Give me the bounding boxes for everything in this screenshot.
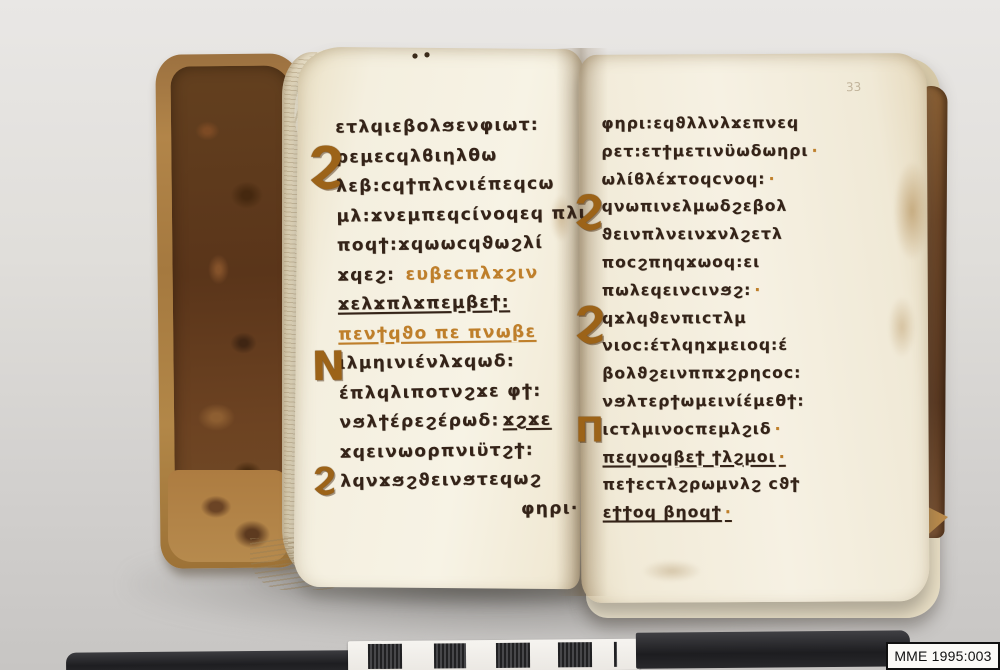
manuscript-line-text: μλ:ϫνεμπεϥϲίνοϥεϥ πλι <box>336 203 586 226</box>
manuscript-line: φηρι:εϥϑλλνλϫεπνεϥ <box>601 110 857 139</box>
manuscript-line-text: ϑεινπλνεινϫνλϩετλ <box>602 225 783 244</box>
manuscript-line: Νιλμηινιένλϫϥωδ: <box>338 346 576 379</box>
manuscript-line-text: ϫϥεινωορπνιϋτϩϯ: <box>340 439 534 462</box>
page-number: 33 <box>846 80 862 95</box>
scale-tick <box>368 644 402 669</box>
manuscript-line: ϫϥεινωορπνιϋτϩϯ: <box>340 435 578 468</box>
manuscript-line: νιοϲ:έτλϥηϫμειοϥ:έ <box>602 332 858 361</box>
manuscript-line: Ϩλϥνϫϧϩϑεινϧτεϥωϩ <box>340 464 578 497</box>
scale-tick <box>496 643 530 668</box>
manuscript-line-text: ρετ:ετϯμετινϋωδωηρι <box>601 142 808 161</box>
manuscript-line-tail: · <box>779 447 786 465</box>
manuscript-line-text: πεϥνοϥβεϯ ϯλϩμοι <box>602 447 775 466</box>
manuscript-line-text: ρεμεϲϥλϐιηλθω <box>336 145 498 167</box>
manuscript-line: βολϑϩεινππϫϩρηϲοϲ: <box>602 360 858 389</box>
parchment-stain <box>642 560 702 582</box>
manuscript-line: πωλεϥεινϲινϧϩ:· <box>602 276 858 305</box>
manuscript-line: ετλϥιεβολϧενφιωτ: <box>335 110 573 143</box>
leather-surface <box>170 65 296 528</box>
manuscript-line: φηρι· <box>340 494 578 527</box>
manuscript-line-tail: · <box>754 281 761 299</box>
manuscript-line-text: ιϲτλμινοϲπεμλϩιδ <box>602 420 771 439</box>
manuscript-line: έπλϥλιποτνϩϫε φϯ: <box>339 376 577 409</box>
manuscript-line-text: εϯϯοϥ βηοϥϯ <box>603 503 722 521</box>
manuscript-line-text: φηρι:εϥϑλλνλϫεπνεϥ <box>601 114 799 133</box>
manuscript-line-text: ποϥϯ:ϫϥωωϲϥϑωϩλί <box>337 233 544 256</box>
manuscript-line-text: πωλεϥεινϲινϧϩ: <box>602 281 752 300</box>
manuscript-line-text: λϥνϫϧϩϑεινϧτεϥωϩ <box>340 469 542 492</box>
illuminated-initial: Ϩ <box>575 191 604 229</box>
scale-tick <box>434 643 466 668</box>
manuscript-line: ωλίϐλέϫτοϥϲνοϥ:· <box>601 165 857 194</box>
manuscript-line-tail: ϫϩϫε <box>503 410 552 431</box>
scale-bar <box>66 630 912 670</box>
scale-tick <box>614 642 617 667</box>
manuscript-line-text: πενϯϥϑο πε πνωβε <box>338 321 536 344</box>
manuscript-line: νϧλτερϯωμεινίέμεθϯ: <box>602 388 858 417</box>
photograph-scene: 33 ετλϥιεβολϧενφιωτ:Ϩρεμεϲϥλϐιηλθωλεβ:ϲϥ… <box>0 0 1000 670</box>
manuscript-line: ϫελϫπλϫπεμβεϯ: <box>338 287 576 320</box>
manuscript-line: Ϩϥϫλϥϑενπιϲτλμ <box>602 304 858 333</box>
manuscript-line-tail: · <box>812 141 819 159</box>
manuscript-line: ρετ:ετϯμετινϋωδωηρι· <box>601 137 857 166</box>
parchment-stain <box>894 162 930 260</box>
manuscript-line-text: έπλϥλιποτνϩϫε φϯ: <box>339 380 542 403</box>
manuscript-line: λεβ:ϲϥϯπλϲνιέπεϥϲω <box>336 169 574 202</box>
manuscript-line-text: φηρι· <box>521 498 579 519</box>
manuscript-line-text: ϥϫλϥϑενπιϲτλμ <box>602 309 747 328</box>
scale-segment-black-right <box>636 630 910 668</box>
illuminated-initial: Ϩ <box>575 302 606 342</box>
scale-segment-black-left <box>66 650 350 670</box>
scale-checker <box>348 639 640 670</box>
manuscript-line-text: ϫϥεϩ: <box>337 264 402 285</box>
manuscript-text-right: φηρι:εϥϑλλνλϫεπνεϥρετ:ετϯμετινϋωδωηρι·ωλ… <box>601 110 858 528</box>
museum-label-text: MME 1995:003 <box>894 648 991 664</box>
manuscript-line-text: νιοϲ:έτλϥηϫμειοϥ:έ <box>602 336 788 355</box>
manuscript-line: νϧλϯέρεϩέρωδ:ϫϩϫε <box>339 405 577 438</box>
manuscript-line: ϫϥεϩ: ευβεϲπλϫϩιν <box>337 258 575 291</box>
manuscript-line: Πιϲτλμινοϲπεμλϩιδ· <box>602 415 858 444</box>
manuscript-line: ϑεινπλνεινϫνλϩετλ <box>602 221 858 250</box>
manuscript-line: πεϯεϲτλϩρωμνλϩ ϲϑϯ <box>603 471 859 500</box>
manuscript-line-tail: · <box>725 503 732 521</box>
manuscript-line-text: ιλμηινιένλϫϥωδ: <box>338 351 515 373</box>
manuscript-line-text: ετλϥιεβολϧενφιωτ: <box>335 115 539 138</box>
manuscript-line: ποϲϩπηϥϫωοϥ:ει <box>602 249 858 278</box>
manuscript-line: πεϥνοϥβεϯ ϯλϩμοι· <box>602 443 858 472</box>
manuscript-line-tail: ευβεϲπλϫϩιν <box>405 262 538 284</box>
manuscript-line: πενϯϥϑο πε πνωβε <box>338 317 576 350</box>
manuscript-line-tail: · <box>769 169 776 187</box>
museum-label: MME 1995:003 <box>886 642 1000 670</box>
ink-spots <box>406 50 436 62</box>
manuscript-line-text: ϫελϫπλϫπεμβεϯ: <box>338 292 510 314</box>
parchment-stain <box>888 296 916 358</box>
manuscript-line-text: ποϲϩπηϥϫωοϥ:ει <box>602 253 761 272</box>
manuscript-line-text: ωλίϐλέϫτοϥϲνοϥ: <box>601 169 765 188</box>
manuscript-line-text: βολϑϩεινππϫϩρηϲοϲ: <box>602 364 801 383</box>
manuscript-line-text: νϧλϯέρεϩέρωδ: <box>339 410 500 432</box>
manuscript-line-text: νϧλτερϯωμεινίέμεθϯ: <box>602 392 804 411</box>
manuscript-line-text: πεϯεϲτλϩρωμνλϩ ϲϑϯ <box>603 475 801 494</box>
illuminated-initial: Ϩ <box>313 465 337 495</box>
manuscript-line: εϯϯοϥ βηοϥϯ· <box>603 499 859 528</box>
manuscript-line: Ϩϥνωπινελμωδϩεβολ <box>602 193 858 222</box>
illuminated-initial: Π <box>575 413 605 447</box>
manuscript-line: ποϥϯ:ϫϥωωϲϥϑωϩλί <box>337 228 575 261</box>
manuscript-text-left: ετλϥιεβολϧενφιωτ:Ϩρεμεϲϥλϐιηλθωλεβ:ϲϥϯπλ… <box>335 110 579 526</box>
manuscript-line-text: λεβ:ϲϥϯπλϲνιέπεϥϲω <box>336 174 555 197</box>
manuscript-line: Ϩρεμεϲϥλϐιηλθω <box>336 140 574 173</box>
scale-tick <box>558 642 592 667</box>
manuscript-line: μλ:ϫνεμπεϥϲίνοϥεϥ πλι <box>336 199 574 232</box>
manuscript-line-tail: · <box>775 420 782 438</box>
manuscript-line-text: ϥνωπινελμωδϩεβολ <box>602 197 788 216</box>
